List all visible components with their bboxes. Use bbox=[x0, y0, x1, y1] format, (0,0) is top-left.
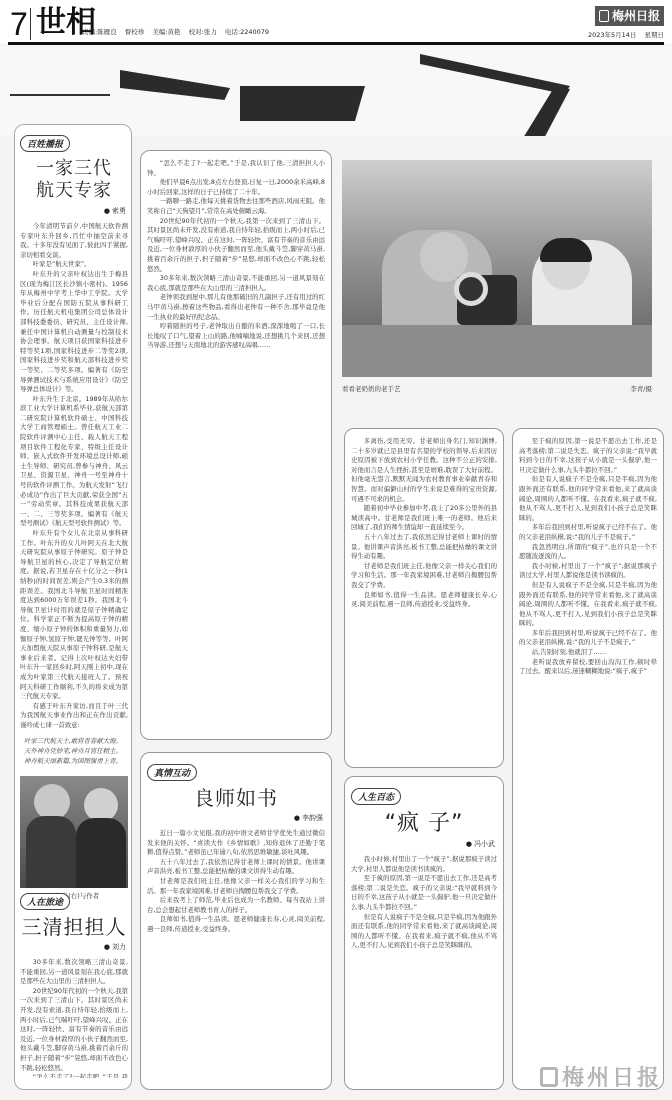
watermark-text: 梅州日报 bbox=[562, 1061, 662, 1092]
issue-weekday: 星期日 bbox=[645, 31, 665, 39]
article-title: 良师如书 bbox=[147, 787, 325, 809]
paragraph: 我小时候,村里出了一个“疯子”,据说那疯子读过大学,村里人都说他是读书读疯的。 bbox=[351, 855, 497, 874]
paragraph: 叶东升生于北京。1989年从哈尔滨工业大学计算机系毕业,获航天部第二研究院计算机… bbox=[20, 395, 128, 529]
article-family-aerospace: 百姓播报 一家三代 航天专家 索勇 今年清明节前夕,中国航天软件测专家叶东升回乡… bbox=[20, 132, 128, 900]
paragraph: 30多年来,数次领略三清山奇景,不能重回,另一道风景刻在我心底,那就是那些在大山… bbox=[147, 274, 325, 293]
article-author: 李韵强 bbox=[147, 813, 323, 823]
page-number: 7 bbox=[10, 6, 28, 42]
main-photo-caption-row: 看看老奶奶的老手艺 李青/摄 bbox=[342, 384, 652, 393]
poem-line: 叶家三代航天士,敢将青春献大海。 bbox=[24, 736, 124, 746]
table bbox=[342, 325, 652, 377]
paragraph: 有感于叶东升家访,而且于叶三代为我国航天事业作出和正在作出贡献,谨吟成七律一首致… bbox=[20, 702, 128, 731]
ink-roof-illustration bbox=[0, 46, 672, 136]
paragraph: 多年后我回到村里,听说疯子已经不在了。他的父亲老泪纵横,说:“我的儿子不是疯子。… bbox=[519, 629, 657, 648]
paragraph: 良师如书,值得一生品读。愿老师健康长寿,心灵,阅美前程,遇一良师,传道授业,受益… bbox=[351, 591, 497, 610]
paragraph: 至于疯的原因,第一说是不愿出去工作,还是高考落榜;第二说是失恋。疯子的父亲说:“… bbox=[351, 874, 497, 912]
masthead-divider bbox=[30, 8, 31, 40]
person-right-head bbox=[84, 788, 118, 822]
article-title-line2: 航天专家 bbox=[20, 180, 128, 202]
paragraph: 甘老师是我们班主任,他像父亲一样关心我们的学习和生活。那一年我家境困难,甘老师自… bbox=[147, 877, 325, 896]
paragraph: 随着初中毕业参加中考,我上了20多公里外的县城读高中。甘老师是我们班上唯一的老师… bbox=[351, 504, 497, 533]
article-good-teacher: 真情互动 良师如书 李韵强 近日一篇小文见报,我的初中语文老师甘学优先生通过微信… bbox=[140, 752, 332, 1090]
dateline: 2023年5月14日 星期日 bbox=[582, 30, 664, 39]
article-body: 30多年来,数次领略三清山奇景,不能重回,另一道风景刻在我心底,那就是那些在大山… bbox=[20, 958, 128, 1078]
roof-shape bbox=[420, 54, 570, 94]
article-madman: 人生百态 “疯 子” 冯小武 我小时候,村里出了一个“疯子”,据说那疯子读过大学… bbox=[344, 776, 504, 1090]
paragraph: 站,告别时刻,他就泪了…… bbox=[519, 648, 657, 658]
roof-shape bbox=[240, 86, 365, 121]
author-photo bbox=[20, 776, 128, 888]
article-continuation: 多离伤,受用无穷。甘老师出身名门,知识渊博,二十多岁就已是县里有名望的学校的领导… bbox=[351, 437, 497, 763]
article-body: 我小时候,村里出了一个“疯子”,据说那疯子读过大学,村里人都说他是读书读疯的。 … bbox=[351, 855, 497, 1065]
roof-shape bbox=[520, 86, 570, 136]
paragraph: “怎么不走了?一起走吧。”于是,我认识了他,三清担担人小钟。 bbox=[20, 1073, 128, 1078]
paragraph: 多离伤,受用无穷。甘老师出身名门,知识渊博,二十多岁就已是县里有名望的学校的领导… bbox=[351, 437, 497, 504]
paragraph: 哼着随担的号子,老钟取出自酿的米酒,深深地喝了一口,长长地叹了口气,望着上山的路… bbox=[147, 322, 325, 351]
paragraph: “怎么不走了?一起走吧。”于是,我认识了他,三清担担人小钟。 bbox=[147, 159, 325, 178]
newspaper-logo-icon bbox=[599, 10, 609, 22]
article-title-line1: 一家三代 bbox=[20, 158, 128, 180]
article-body: 今年清明节前夕,中国航天软件测专家叶东升回乡,百忙中抽空前来寻我。十多年没有见面… bbox=[20, 222, 128, 732]
article-continuation: “怎么不走了?一起走吧。”于是,我认识了他,三清担担人小钟。 他们早晨6点出发,… bbox=[147, 159, 325, 731]
paragraph: 多年后我回到村里,听说疯子已经不在了。他的父亲老泪纵横,说:“我的儿子不是疯子。… bbox=[519, 523, 657, 542]
poem-line: 天外神舟凭妙笔,神舟月宫任精主。 bbox=[24, 746, 124, 756]
paragraph: 后来我考上了师范,毕业后也成为一名教师。每当我站上讲台,总会想起甘老师教书育人的… bbox=[147, 896, 325, 915]
column-tag: 人生百态 bbox=[351, 788, 401, 805]
paragraph: 20世纪90年代初的一个秋天,我第一次来到了三清山下。其时景区尚未开发,没有索道… bbox=[147, 217, 325, 275]
article-inner: 真情互动 良师如书 李韵强 近日一篇小文见报,我的初中语文老师甘学优先生通过微信… bbox=[147, 761, 325, 1079]
watermark-logo-icon bbox=[540, 1067, 558, 1087]
article-author: 刘力 bbox=[20, 942, 126, 952]
paragraph: 老听说我放弃留校,要回山沟沟工作,顿时晕了过去。醒来以后,迷迷糊糊地说:“疯子,… bbox=[519, 658, 657, 677]
watermark: 梅州日报 bbox=[540, 1061, 662, 1092]
article-title: 三清担担人 bbox=[20, 916, 128, 938]
eave-line bbox=[10, 94, 110, 96]
paragraph: 20世纪90年代初的一个秋天,我第一次来到了三清山下。其时景区尚未开发,没有索道… bbox=[20, 987, 128, 1073]
article-author: 索勇 bbox=[20, 206, 126, 216]
paragraph: 他们早晨6点出发,8点左右登顶,日复一日,2000余米高峰,8小时后回家,这样的… bbox=[147, 178, 325, 197]
article-inner: 人生百态 “疯 子” 冯小武 我小时候,村里出了一个“疯子”,据说那疯子读过大学… bbox=[351, 785, 497, 1065]
middle-column-frame: “怎么不走了?一起走吧。”于是,我认识了他,三清担担人小钟。 他们早晨6点出发,… bbox=[140, 150, 332, 740]
paragraph: 近日一篇小文见报,我的初中语文老师甘学优先生通过微信发来他的关怀。“喜读大作《乡… bbox=[147, 829, 325, 858]
article-title: “疯 子” bbox=[351, 813, 497, 835]
paragraph: 五十八年过去了,我依然记得甘老师上课时的情景。他讲课声音洪亮,板书工整,总能把枯… bbox=[351, 533, 497, 562]
main-photo-sewing-machine bbox=[342, 160, 652, 377]
paragraph: 一路聊一路走,他每天挑着货物去往那些酒店,风雨无阻。他笑称自己“天狗望月”,常常… bbox=[147, 197, 325, 216]
paragraph: 但是有人说疯子不是全疯,只是半疯,因为他跟外面还有联系,他的同学常来看他,来了就… bbox=[519, 475, 657, 523]
roof-shape bbox=[120, 70, 230, 100]
right-column-1: 多离伤,受用无穷。甘老师出身名门,知识渊博,二十多岁就已是县里有名望的学校的领导… bbox=[344, 428, 504, 768]
child-hair bbox=[540, 238, 592, 262]
paragraph: 良师如书,值得一生品读。愿老师健康长寿,心灵,阅美前程,遇一良师,传道授业,受益… bbox=[147, 915, 325, 934]
right-column-3: 至于疯的原因,第一说是不愿出去工作,还是高考落榜;第二说是失恋。疯子的父亲说:“… bbox=[512, 428, 664, 1090]
paragraph: 叶东升有个女儿在北京从事科研工作。叶东升的女儿叶阿天在北大航天研究院从事原子钟研… bbox=[20, 529, 128, 702]
main-photo-caption: 看看老奶奶的老手艺 bbox=[342, 384, 401, 393]
article-body: 近日一篇小文见报,我的初中语文老师甘学优先生通过微信发来他的关怀。“喜读大作《乡… bbox=[147, 829, 325, 1079]
person-left-head bbox=[34, 784, 70, 820]
column-tag: 真情互动 bbox=[147, 764, 197, 781]
brand-logo: 梅州日报 bbox=[595, 6, 664, 26]
credit-phone: 电话:2240079 bbox=[225, 28, 269, 36]
credit-art-editor: 美编:黄艳 bbox=[152, 28, 180, 36]
paragraph: 叶东升的父亲叶权达出生于梅县区(现为梅江区长沙镇小密村)。1956年从梅州中学考… bbox=[20, 270, 128, 395]
article-author: 冯小武 bbox=[351, 839, 495, 849]
paragraph: 甘老师是我们班主任,他像父亲一样关心我们的学习和生活。那一年我家境困难,甘老师自… bbox=[351, 562, 497, 591]
sewing-wheel-icon bbox=[454, 272, 488, 306]
masthead: 7 世相 责编:陈雁良 督校珍 美编:黄艳 校对:张力 电话:2240079 梅… bbox=[0, 0, 672, 44]
column-tag: 人在旅途 bbox=[20, 893, 70, 910]
editor-credits: 责编:陈雁良 督校珍 美编:黄艳 校对:张力 电话:2240079 bbox=[82, 27, 275, 36]
person-right-body bbox=[76, 818, 126, 888]
paragraph: 但是有人说疯子不是全疯,只是半疯,因为他跟外面还有联系,他的同学常来看他,来了就… bbox=[519, 581, 657, 629]
main-photo-credit: 李青/摄 bbox=[630, 384, 652, 393]
paragraph: 我忽然明白,所谓的“疯子”,也许只是一个不愿随波逐流的人。 bbox=[519, 543, 657, 562]
poem: 叶家三代航天士,敢将青春献大海。 天外神舟凭妙笔,神舟月宫任精主。 神舟航天颂新… bbox=[20, 736, 128, 766]
paragraph: 30多年来,数次领略三清山奇景,不能重回,另一道风景刻在我心底,那就是那些在大山… bbox=[20, 958, 128, 987]
credit-copy-editor: 督校珍 bbox=[125, 28, 145, 36]
paragraph: 至于疯的原因,第一说是不愿出去工作,还是高考落榜;第二说是失恋。疯子的父亲说:“… bbox=[519, 437, 657, 475]
paragraph: 老钟领我到屋中,那儿有他那破旧的几副担子,还有用过的红马甲黄马褂,擦着这些物品,… bbox=[147, 293, 325, 322]
credit-proofreader: 校对:张力 bbox=[189, 28, 217, 36]
issue-date: 2023年5月14日 bbox=[588, 31, 636, 39]
paragraph: 叶家是“航天世家”。 bbox=[20, 260, 128, 270]
credit-editor: 责编:陈雁良 bbox=[82, 28, 117, 36]
brand-name: 梅州日报 bbox=[612, 6, 660, 26]
paragraph: 今年清明节前夕,中国航天软件测专家叶东升回乡,百忙中抽空前来寻我。十多年没有见面… bbox=[20, 222, 128, 260]
paragraph: 但是有人说疯子不是全疯,只是半疯,因为他跟外面还有联系,他的同学常来看他,来了就… bbox=[351, 913, 497, 951]
column-tag: 百姓播报 bbox=[20, 135, 70, 152]
poem-line: 神舟航天颂新篇,为国图强勇上青。 bbox=[24, 756, 124, 766]
article-sanqing-porter: 人在旅途 三清担担人 刘力 30多年来,数次领略三清山奇景,不能重回,另一道风景… bbox=[20, 890, 128, 1078]
paragraph: 五十八年过去了,我依然记得甘老师上课时的情景。他讲课声音洪亮,板书工整,总能把枯… bbox=[147, 858, 325, 877]
masthead-rule bbox=[8, 42, 664, 45]
paragraph: 我小时候,村里出了一个“疯子”,据说那疯子读过大学,村里人都说他是读书读疯的。 bbox=[519, 562, 657, 581]
article-continuation: 至于疯的原因,第一说是不愿出去工作,还是高考落榜;第二说是失恋。疯子的父亲说:“… bbox=[519, 437, 657, 1067]
person-left-body bbox=[26, 816, 76, 888]
